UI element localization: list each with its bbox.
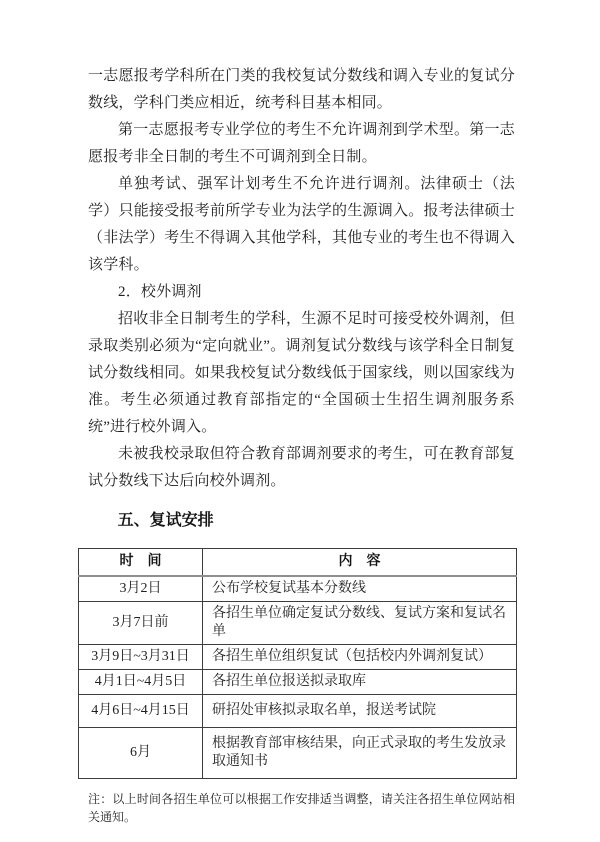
table-row: 4月1日~4月5日 各招生单位报送拟录取库 — [79, 670, 517, 695]
cell-time: 3月2日 — [79, 576, 203, 602]
document-page: 一志愿报考学科所在门类的我校复试分数线和调入专业的复试分数线，学科门类应相近，统… — [0, 0, 600, 842]
cell-time: 3月7日前 — [79, 602, 203, 645]
cell-content: 公布学校复试基本分数线 — [203, 576, 517, 602]
document-content: 一志愿报考学科所在门类的我校复试分数线和调入专业的复试分数线，学科门类应相近，统… — [0, 0, 600, 826]
schedule-table: 时 间 内 容 3月2日 公布学校复试基本分数线 3月7日前 各招生单位确定复试… — [78, 548, 517, 779]
paragraph-transfer-scoreline-rule: 一志愿报考学科所在门类的我校复试分数线和调入专业的复试分数线，学科门类应相近，统… — [88, 63, 515, 117]
subheading-external-transfer: 2．校外调剂 — [88, 279, 515, 306]
table-row: 4月6日~4月15日 研招处审核拟录取名单，报送考试院 — [79, 695, 517, 728]
table-row: 3月7日前 各招生单位确定复试分数线、复试方案和复试名单 — [79, 602, 517, 645]
table-row: 3月2日 公布学校复试基本分数线 — [79, 576, 517, 602]
section-heading-reexam-arrangement: 五、复试安排 — [88, 507, 515, 535]
table-row: 3月9日~3月31日 各招生单位组织复试（包括校内外调剂复试） — [79, 645, 517, 670]
cell-content: 各招生单位确定复试分数线、复试方案和复试名单 — [203, 602, 517, 645]
cell-content: 根据教育部审核结果，向正式录取的考生发放录取通知书 — [203, 728, 517, 779]
cell-time: 4月6日~4月15日 — [79, 695, 203, 728]
cell-content: 研招处审核拟录取名单，报送考试院 — [203, 695, 517, 728]
cell-content: 各招生单位组织复试（包括校内外调剂复试） — [203, 645, 517, 670]
column-header-content: 内 容 — [203, 549, 517, 577]
cell-time: 3月9日~3月31日 — [79, 645, 203, 670]
paragraph-separate-exam-rule: 单独考试、强军计划考生不允许进行调剂。法律硕士（法学）只能接受报考前所学专业为法… — [88, 171, 515, 279]
cell-content: 各招生单位报送拟录取库 — [203, 670, 517, 695]
paragraph-external-transfer-rule: 招收非全日制考生的学科，生源不足时可接受校外调剂，但录取类别必须为“定向就业”。… — [88, 306, 515, 441]
cell-time: 4月1日~4月5日 — [79, 670, 203, 695]
table-header-row: 时 间 内 容 — [79, 549, 517, 577]
table-row: 6月 根据教育部审核结果，向正式录取的考生发放录取通知书 — [79, 728, 517, 779]
table-footnote: 注：以上时间各招生单位可以根据工作安排适当调整，请关注各招生单位网站相关通知。 — [88, 790, 515, 826]
cell-time: 6月 — [79, 728, 203, 779]
paragraph-not-admitted-rule: 未被我校录取但符合教育部调剂要求的考生，可在教育部复试分数线下达后向校外调剂。 — [88, 441, 515, 495]
paragraph-professional-degree-rule: 第一志愿报考专业学位的考生不允许调剂到学术型。第一志愿报考非全日制的考生不可调剂… — [88, 117, 515, 171]
column-header-time: 时 间 — [79, 549, 203, 577]
